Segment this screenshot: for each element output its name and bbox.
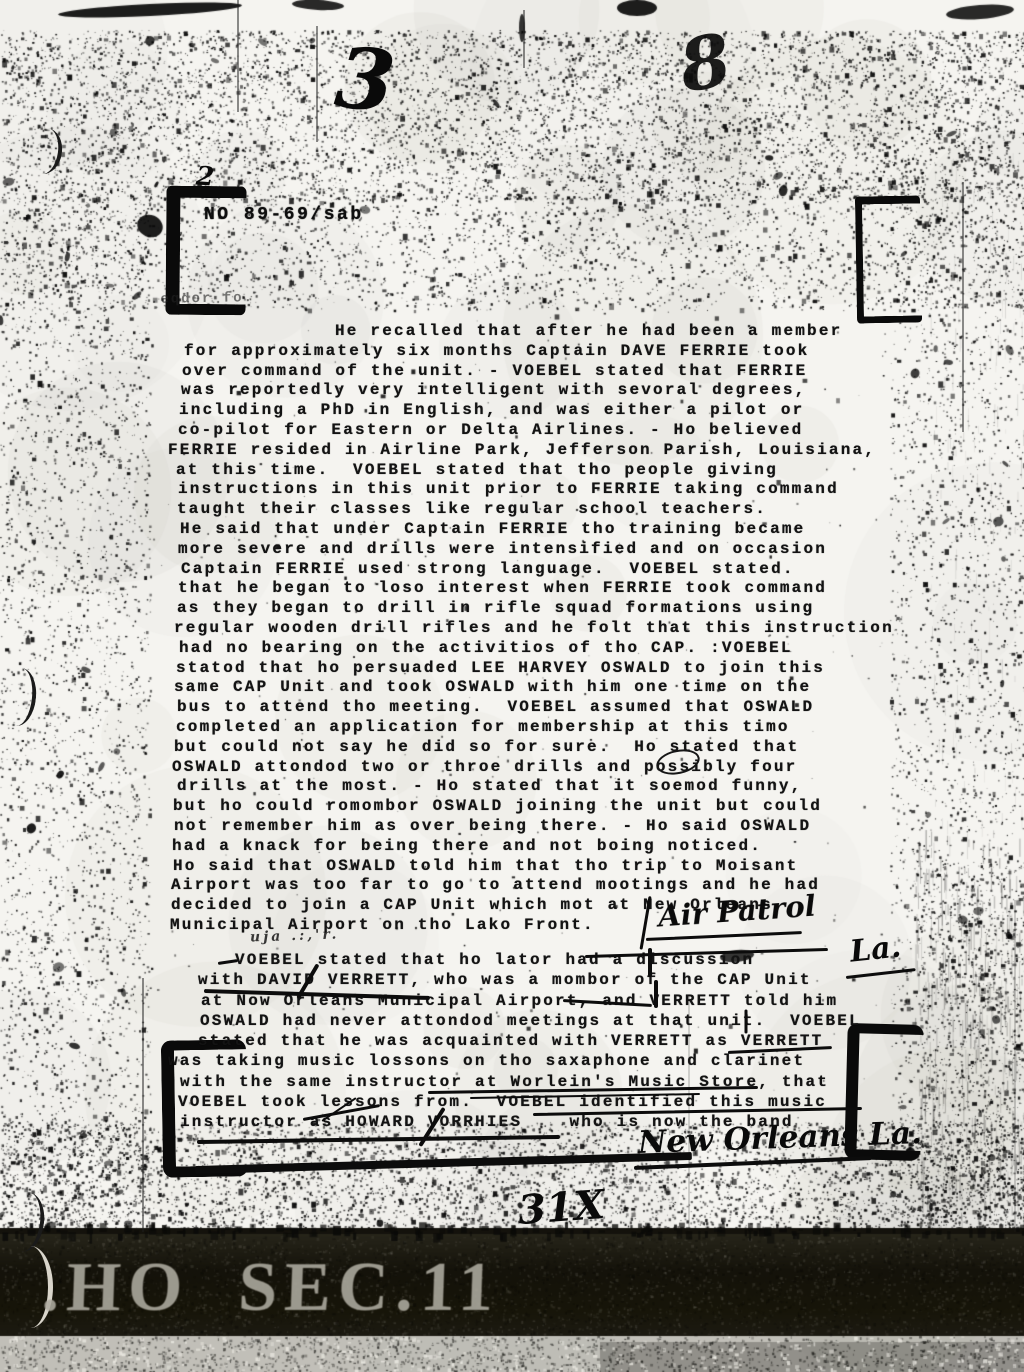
typed-line: for approximately six months Captain DAV…: [184, 342, 894, 362]
typed-line: OSWALD had never attondod meetings at th…: [200, 1011, 861, 1031]
typed-line: VOEBEL stated that ho lator had a discus…: [235, 950, 861, 970]
typed-line: taught their classes like regular school…: [177, 500, 894, 520]
typed-line: He said that under Captain FERRIE tho tr…: [180, 520, 894, 540]
typed-line: co-pilot for Eastern or Delta Airlines. …: [178, 421, 894, 441]
typed-line: regular wooden drill rifles and he folt …: [174, 619, 894, 639]
handwritten-page-mark: 31X: [516, 1181, 606, 1234]
typed-line: that he began to loso interest when FERR…: [178, 579, 894, 599]
ink-stroke: [745, 1010, 748, 1034]
typed-line: including a PhD in English, and was eith…: [179, 401, 894, 421]
handwritten-top-mark-3: 3: [331, 27, 399, 132]
ink-stroke: [648, 948, 652, 977]
typed-line: had a knack for being there and not boin…: [172, 837, 894, 857]
typed-line: OSWALD attondod two or throe drills and …: [172, 758, 894, 778]
scanned-document-page: NO 89-69/sab .eqdor fo. He recalled that…: [0, 0, 1024, 1372]
typed-line: at this time. VOEBEL stated that tho peo…: [176, 461, 894, 481]
typed-line: more severe and drills were intensified …: [178, 540, 894, 560]
body-paragraph-2: VOEBEL stated that ho lator had a discus…: [176, 950, 861, 1133]
case-number: NO 89-69/sab: [204, 205, 364, 225]
typed-line: instructions in this unit prior to FERRI…: [178, 480, 894, 500]
typed-line: Captain FERRIE used strong language. VOE…: [181, 560, 894, 580]
typed-line: FERRIE resided in Airline Park, Jefferso…: [168, 441, 894, 461]
typed-line: not remember him as over being there. - …: [174, 817, 894, 837]
typed-line: drills at the most. - Ho stated that it …: [177, 777, 894, 797]
typed-line: over command of the unit. - VOEBEL state…: [182, 362, 894, 382]
scan-streak: [316, 26, 318, 142]
typed-line: had no bearing on the activitios of tho …: [179, 639, 894, 659]
typed-line: with DAVID VERRETT, who was a mombor of …: [198, 970, 861, 990]
typed-line: but could not say he did so for sure. Ho…: [174, 738, 894, 758]
typed-line: same CAP Unit and took OSWALD with him o…: [174, 678, 894, 698]
typed-line: completed an application for membership …: [176, 718, 894, 738]
handwritten-bracket-mark-2: 2: [195, 161, 215, 192]
typed-line: was reportedly very intelligent with sev…: [181, 381, 894, 401]
scan-streak: [237, 0, 239, 112]
ink-stroke: [654, 980, 658, 1008]
scan-streak: [523, 10, 525, 68]
typed-line: but ho could romombor OSWALD joining the…: [173, 797, 894, 817]
body-paragraph-1: He recalled that after he had been a mem…: [176, 322, 894, 936]
garbled-fragment-line: .eqdor fo.: [150, 290, 254, 308]
footer-stamp-text: .HO SEC.11: [41, 1248, 502, 1328]
typed-line: as they began to drill in rifle squad fo…: [177, 599, 894, 619]
scan-streak: [1014, 900, 1016, 1232]
typed-line: Ho said that OSWALD told him that tho tr…: [173, 857, 894, 877]
typed-line: bus to attend tho meeting. VOEBEL assume…: [177, 698, 894, 718]
handwritten-margin-scribble: uja .:,'r.: [250, 926, 340, 945]
handwritten-la-note: La.: [848, 929, 902, 969]
margin-bracket-top-right: [855, 195, 922, 323]
typed-line: statod that ho persuaded LEE HARVEY OSWA…: [176, 659, 894, 679]
typed-line: was taking music lossons on tho saxaphon…: [168, 1051, 861, 1071]
typed-line: He recalled that after he had been a mem…: [335, 322, 894, 342]
scan-streak: [962, 182, 964, 432]
scan-streak: [142, 978, 144, 1232]
